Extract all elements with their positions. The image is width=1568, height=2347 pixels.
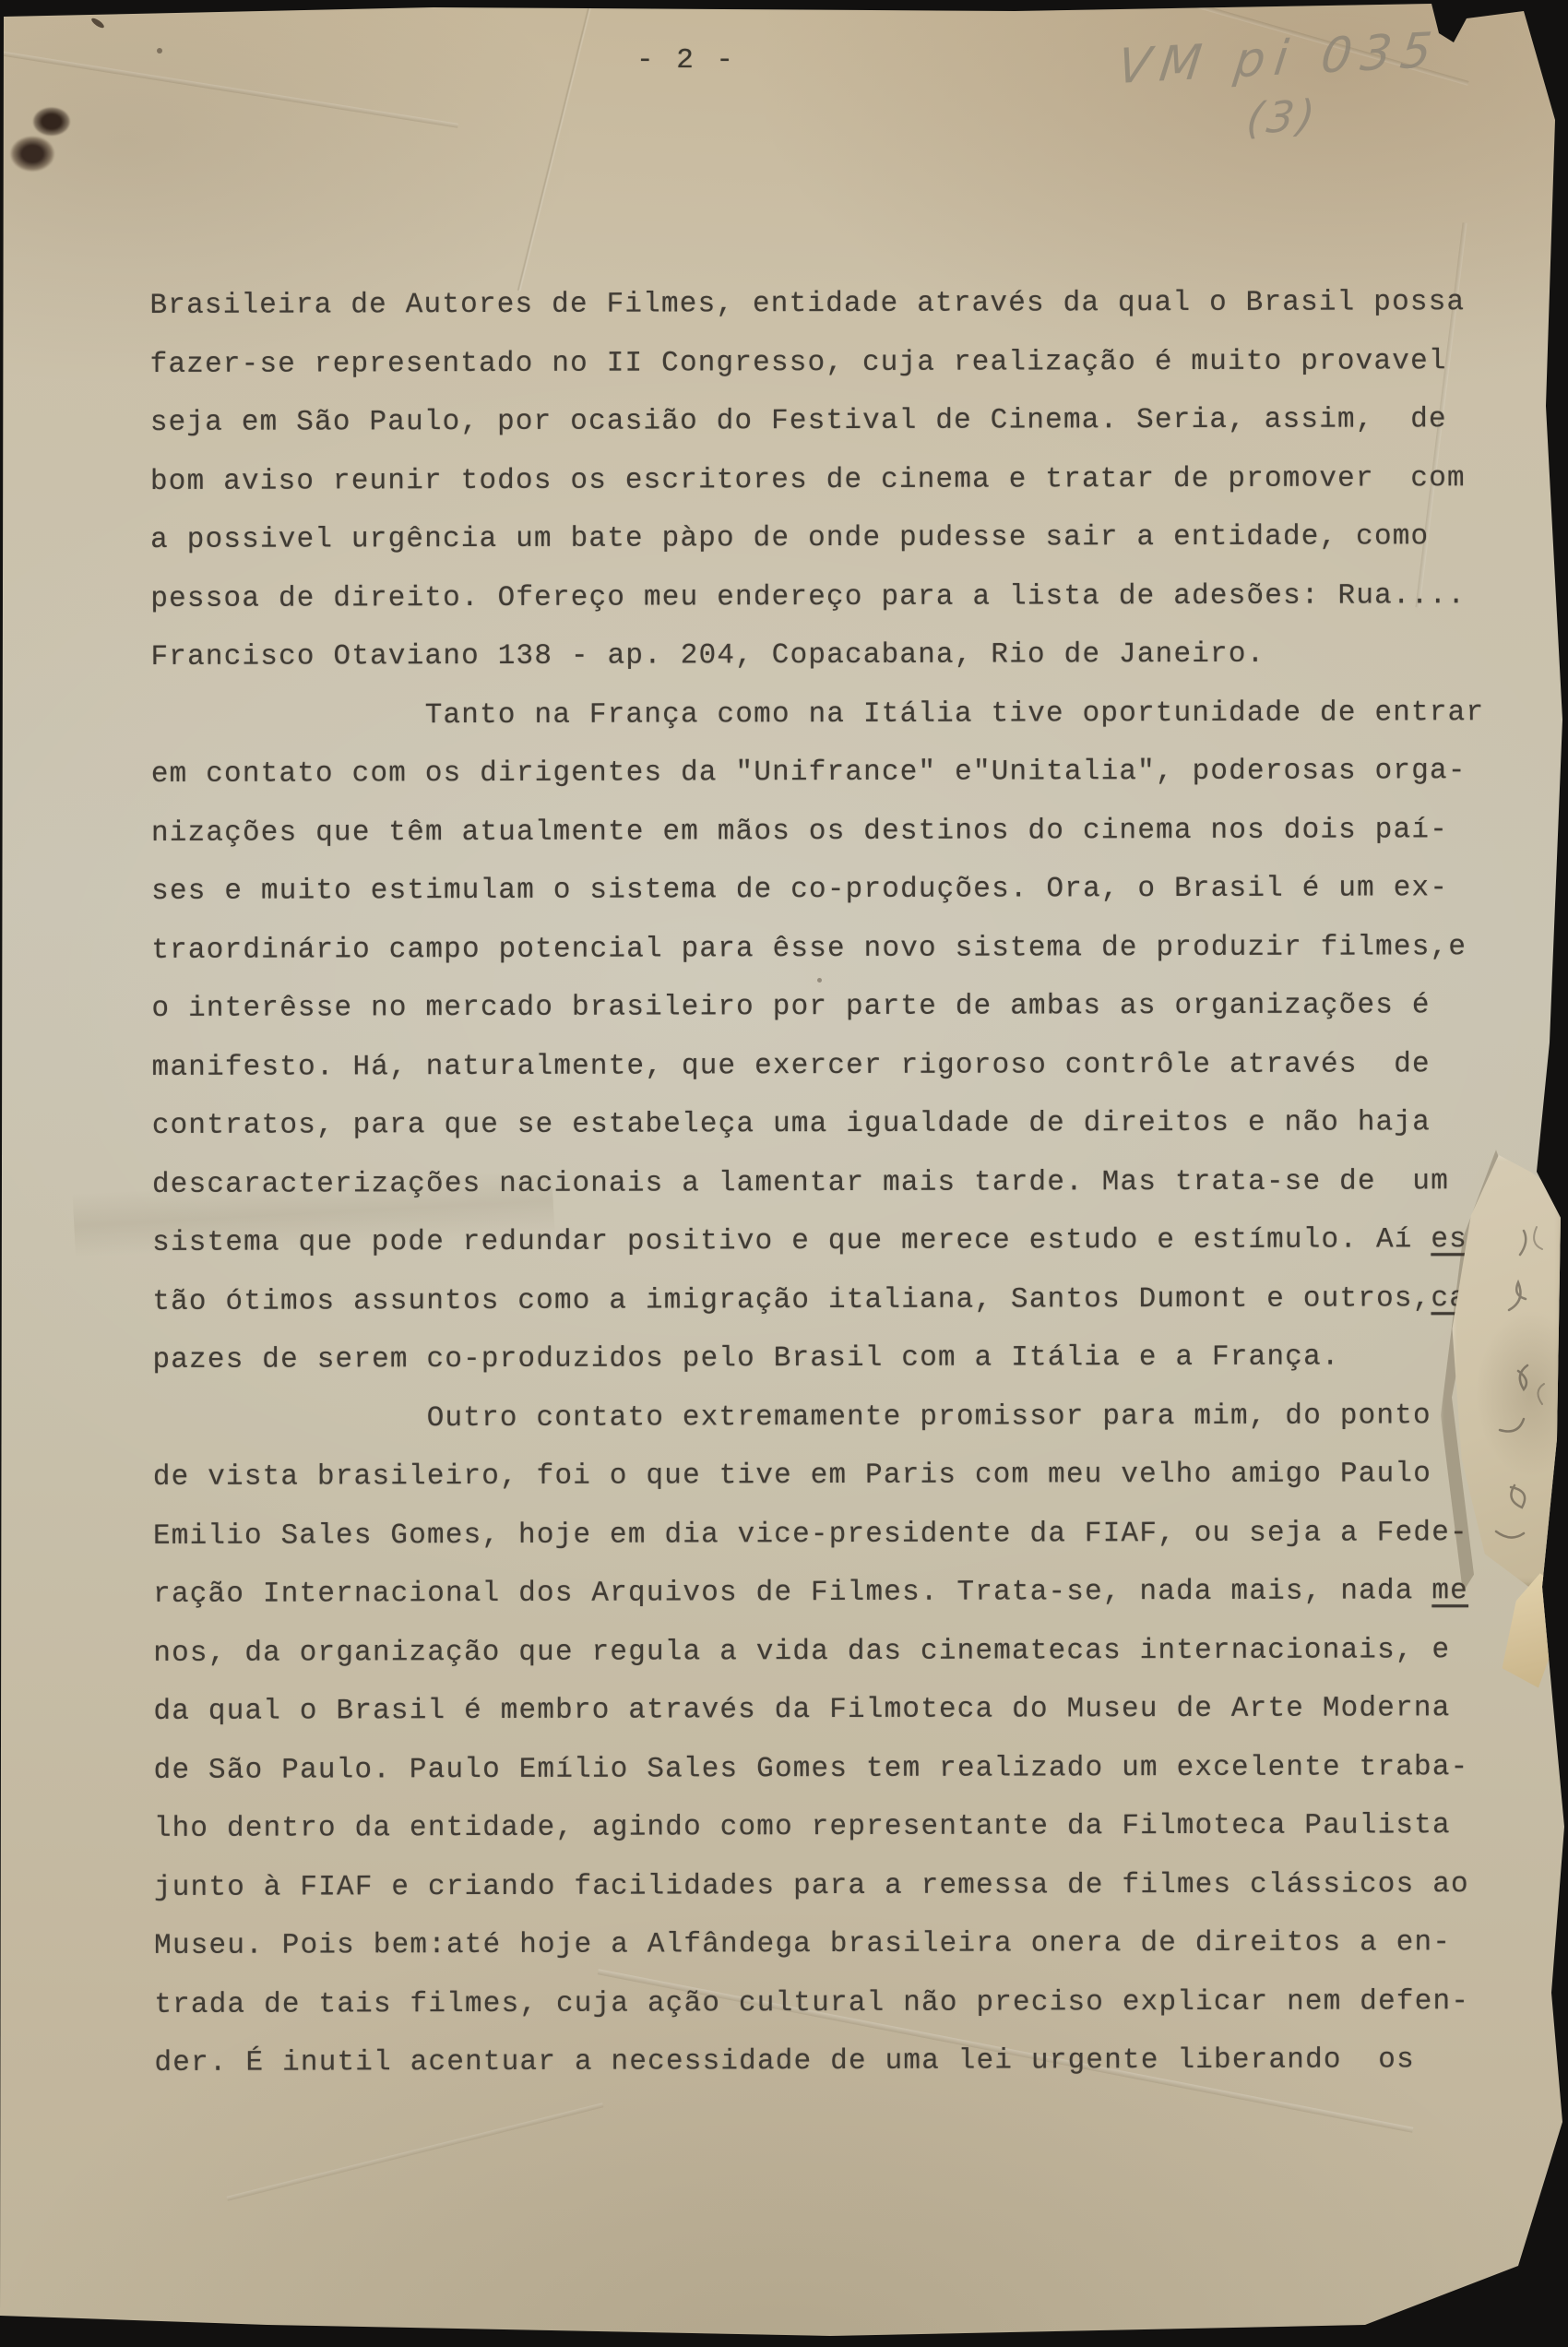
typewritten-line: tão ótimos assuntos como a imigração ita… <box>152 1282 1517 1344</box>
annotation-code: VM pi 035 <box>1114 22 1443 95</box>
typewritten-line: contratos, para que se estabeleça uma ig… <box>152 1106 1517 1168</box>
typewritten-line: de São Paulo. Paulo Emílio Sales Gomes t… <box>154 1751 1519 1813</box>
typewritten-line: da qual o Brasil é membro através da Fil… <box>153 1692 1518 1754</box>
typewritten-line: traordinário campo potencial para êsse n… <box>151 931 1516 993</box>
typewritten-line: nos, da organização que regula a vida da… <box>153 1634 1518 1696</box>
ink-blot <box>9 98 77 183</box>
typewritten-line: o interêsse no mercado brasileiro por pa… <box>151 989 1516 1051</box>
page-number: - 2 - <box>636 44 736 77</box>
typewritten-line: fazer-se representado no II Congresso, c… <box>150 345 1515 407</box>
typewritten-line: Brasileira de Autores de Filmes, entidad… <box>149 286 1515 348</box>
typewritten-line: descaracterizações nacionais a lamentar … <box>152 1165 1517 1227</box>
typewritten-line: Francisco Otaviano 138 - ap. 204, Copaca… <box>150 637 1515 699</box>
typewritten-text: Brasileira de Autores de Filmes, entidad… <box>149 286 1519 2105</box>
typewritten-line: ses e muito estimulam o sistema de co-pr… <box>151 872 1516 934</box>
typewritten-line: ração Internacional dos Arquivos de Film… <box>153 1575 1518 1637</box>
typewritten-line: Tanto na França como na Itália tive opor… <box>151 697 1516 758</box>
typewritten-line: a possivel urgência um bate pàpo de onde… <box>150 520 1515 582</box>
typewritten-line: em contato com os dirigentes da "Unifran… <box>151 755 1516 816</box>
typewritten-line: Museu. Pois bem:até hoje a Alfândega bra… <box>154 1926 1519 1988</box>
typewritten-line: pazes de serem co-produzidos pelo Brasil… <box>152 1340 1517 1402</box>
pencil-scribbles <box>1472 1199 1564 1587</box>
typewritten-line: sistema que pode redundar positivo e que… <box>152 1223 1517 1285</box>
typewritten-line: de vista brasileiro, foi o que tive em P… <box>153 1458 1518 1519</box>
ink-speck <box>157 48 162 54</box>
typewritten-line: lho dentro da entidade, agindo como repr… <box>154 1809 1519 1871</box>
scanned-document: - 2 - VM pi 035 (3) Brasileira de Autore… <box>0 0 1568 2347</box>
document-page: - 2 - VM pi 035 (3) Brasileira de Autore… <box>0 0 1568 2347</box>
typewritten-line: manifesto. Há, naturalmente, que exercer… <box>152 1048 1517 1110</box>
typewritten-line: bom aviso reunir todos os escritores de … <box>150 462 1515 524</box>
paper-crease <box>227 2103 604 2200</box>
typewritten-line: nizações que têm atualmente em mãos os d… <box>151 814 1516 876</box>
paper-crease <box>517 0 595 292</box>
handwritten-annotation: VM pi 035 (3) <box>1108 22 1444 150</box>
annotation-sheet-number: (3) <box>1244 84 1437 144</box>
typewritten-line: Emilio Sales Gomes, hoje em dia vice-pre… <box>153 1517 1518 1579</box>
ink-speck <box>90 17 106 30</box>
typewritten-line: junto à FIAF e criando facilidades para … <box>154 1868 1519 1930</box>
typewritten-line: pessoa de direito. Ofereço meu endereço … <box>150 579 1515 641</box>
typewritten-line: seja em São Paulo, por ocasião do Festiv… <box>150 403 1515 465</box>
typewritten-line: trada de tais filmes, cuja ação cultural… <box>154 1985 1519 2047</box>
typewritten-line: der. É inutil acentuar a necessidade de … <box>154 2043 1519 2105</box>
typewritten-line: Outro contato extremamente promissor par… <box>153 1400 1518 1461</box>
